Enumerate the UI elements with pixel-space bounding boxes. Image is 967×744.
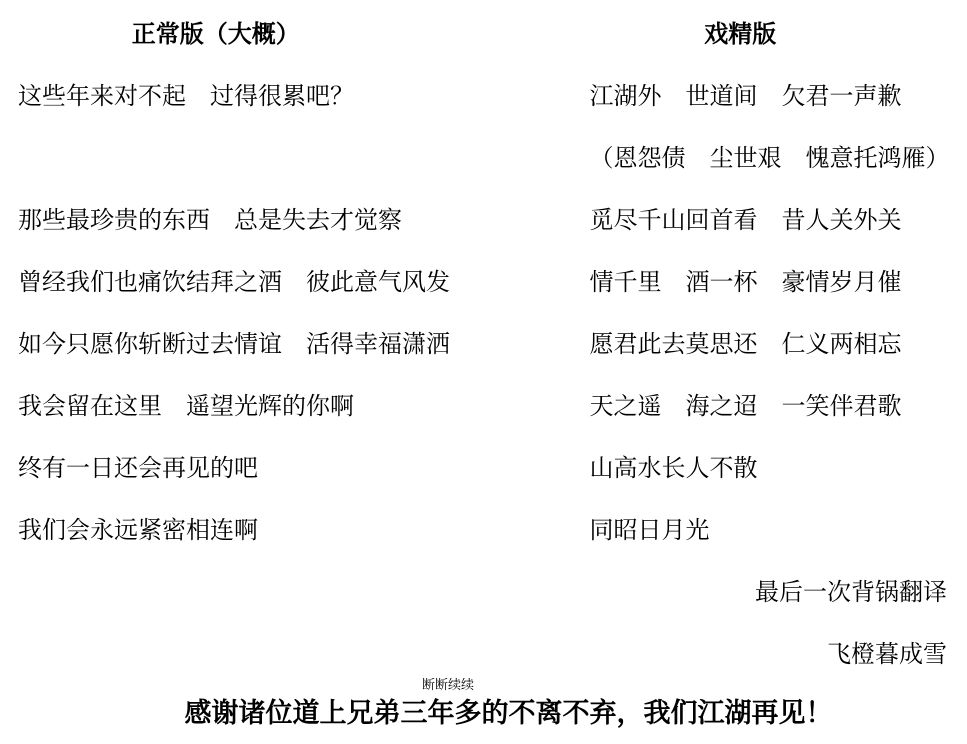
left-lyric-line: 如今只愿你斩断过去情谊 活得幸福潇洒 [0,310,484,372]
left-column-header: 正常版（大概） [0,0,484,62]
right-lyric-line: 情千里 酒一杯 豪情岁月催 [484,248,967,310]
lyric-row: 曾经我们也痛饮结拜之酒 彼此意气风发 情千里 酒一杯 豪情岁月催 [0,248,967,310]
right-lyric-line: 愿君此去莫思还 仁义两相忘 [484,310,967,372]
lyric-row: 那些最珍贵的东西 总是失去才觉察 觅尽千山回首看 昔人关外关 [0,186,967,248]
translator-credit: 最后一次背锅翻译 [0,558,967,620]
left-lyric-line: 我们会永远紧密相连啊 [0,496,484,558]
lyrics-comparison-table: 正常版（大概） 戏精版 这些年来对不起 过得很累吧？ 江湖外 世道间 欠君一声歉… [0,0,967,682]
author-credit: 飞橙暮成雪 [0,620,967,682]
left-lyric-line [0,124,484,186]
right-lyric-line: （恩怨债 尘世艰 愧意托鸿雁） [484,124,967,186]
lyric-row: 我们会永远紧密相连啊 同昭日月光 [0,496,967,558]
left-lyric-line: 终有一日还会再见的吧 [0,434,484,496]
column-headers-row: 正常版（大概） 戏精版 [0,0,967,62]
lyric-row: 终有一日还会再见的吧 山高水长人不散 [0,434,967,496]
right-lyric-line: 山高水长人不散 [484,434,967,496]
left-lyric-line: 这些年来对不起 过得很累吧？ [0,62,484,124]
left-lyric-line: 曾经我们也痛饮结拜之酒 彼此意气风发 [0,248,484,310]
lyric-row: （恩怨债 尘世艰 愧意托鸿雁） [0,124,967,186]
left-lyric-line: 我会留在这里 遥望光辉的你啊 [0,372,484,434]
right-lyric-line: 天之遥 海之迢 一笑伴君歌 [484,372,967,434]
footer-farewell-line: 感谢诸位道上兄弟三年多的不离不弃，我们江湖再见！ [0,700,967,727]
footer-annotation: 断断续续 [422,678,474,691]
credit-row: 飞橙暮成雪 [0,620,967,682]
credit-row: 最后一次背锅翻译 [0,558,967,620]
right-lyric-line: 觅尽千山回首看 昔人关外关 [484,186,967,248]
document-page: 正常版（大概） 戏精版 这些年来对不起 过得很累吧？ 江湖外 世道间 欠君一声歉… [0,0,967,744]
right-lyric-line: 江湖外 世道间 欠君一声歉 [484,62,967,124]
left-lyric-line: 那些最珍贵的东西 总是失去才觉察 [0,186,484,248]
lyric-row: 这些年来对不起 过得很累吧？ 江湖外 世道间 欠君一声歉 [0,62,967,124]
lyric-row: 如今只愿你斩断过去情谊 活得幸福潇洒 愿君此去莫思还 仁义两相忘 [0,310,967,372]
right-lyric-line: 同昭日月光 [484,496,967,558]
footer: 断断续续 感谢诸位道上兄弟三年多的不离不弃，我们江湖再见！ [0,676,967,727]
lyric-row: 我会留在这里 遥望光辉的你啊 天之遥 海之迢 一笑伴君歌 [0,372,967,434]
right-column-header: 戏精版 [484,0,967,62]
